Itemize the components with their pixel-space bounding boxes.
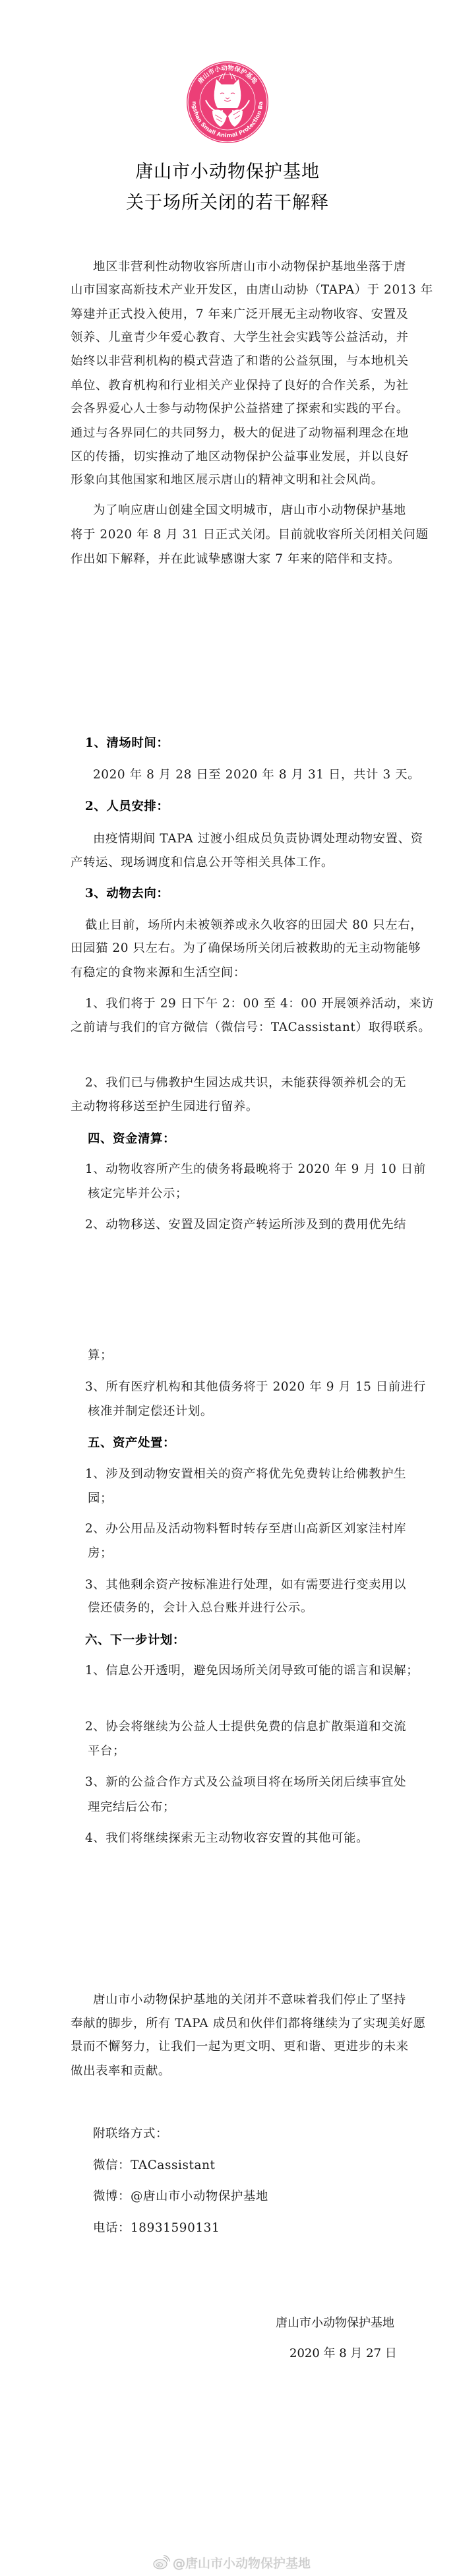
text-line: 2、办公用品及活动物料暂时转存至唐山高新区刘家洼村库 — [85, 1522, 406, 1536]
text-line: 单位、教育机构和行业相关产业保持了良好的合作关系，为社 — [71, 379, 409, 393]
text-line: 4、我们将继续探索无主动物收容安置的其他可能。 — [85, 1831, 369, 1846]
contact-weibo: 微博：@唐山市小动物保护基地 — [93, 2189, 268, 2204]
text-line: 有稳定的食物来源和生活空间： — [71, 966, 246, 980]
organization-logo: 唐山市小动物保护基地 Tangshan Small Animal Protect… — [186, 61, 269, 144]
text-line: 理完结后公布； — [88, 1800, 175, 1815]
text-line: 3、其他剩余资产按标准进行处理，如有需要进行变卖用以 — [85, 1578, 406, 1592]
text-line: 房； — [88, 1546, 113, 1561]
contact-wechat: 微信：TACassistant — [93, 2158, 216, 2173]
text-line: 1、信息公开透明，避免因场所关闭导致可能的谣言和误解； — [85, 1664, 419, 1678]
text-line: 3、新的公益合作方式及公益项目将在场所关闭后续事宜处 — [85, 1775, 406, 1790]
text-line: 将于 2020 年 8 月 31 日正式关闭。目前就收容所关闭相关问题 — [71, 528, 429, 542]
text-line: 通过与各界同仁的共同努力，极大的促进了动物福利理念在地 — [71, 426, 409, 441]
signature-org: 唐山市小动物保护基地 — [276, 2316, 394, 2331]
text-line: 为了响应唐山创建全国文明城市，唐山市小动物保护基地 — [93, 503, 406, 518]
section-heading: 五、资产处置： — [88, 1436, 175, 1451]
text-line: 1、我们将于 29 日下午 2：00 至 4：00 开展领养活动，来访 — [85, 997, 434, 1011]
text-line: 3、所有医疗机构和其他债务将于 2020 年 9 月 15 日前进行 — [85, 1380, 426, 1395]
text-line: 截止目前，场所内未被领养或永久收容的田园犬 80 只左右， — [85, 918, 423, 933]
text-line: 平台； — [88, 1744, 125, 1759]
text-line: 主动物将移送至护生园进行留养。 — [71, 1100, 258, 1114]
text-line: 2、动物移送、安置及固定资产转运所涉及到的费用优先结 — [85, 1218, 406, 1232]
watermark-text: @唐山市小动物保护基地 — [173, 2554, 311, 2571]
section-heading: 3、动物去向： — [85, 887, 169, 901]
text-line: 区的传播，切实推动了地区动物保护公益事业发展，并以良好 — [71, 450, 409, 464]
text-line: 山市国家高新技术产业开发区，由唐山动协（TAPA）于 2013 年 — [71, 283, 433, 298]
section-heading: 四、资金清算： — [88, 1132, 175, 1147]
document-title-line2: 关于场所关闭的若干解释 — [0, 192, 455, 213]
text-line: 2、协会将继续为公益人士提供免费的信息扩散渠道和交流 — [85, 1720, 406, 1734]
text-line: 唐山市小动物保护基地的关闭并不意味着我们停止了坚持 — [93, 1993, 406, 2007]
text-line: 作出如下解释，并在此诚挚感谢大家 7 年来的陪伴和支持。 — [71, 552, 400, 567]
text-line: 筹建并正式投入使用，7 年来广泛开展无主动物收容、安置及 — [71, 307, 409, 322]
text-line: 田园猫 20 只左右。为了确保场所关闭后被救助的无主动物能够 — [71, 941, 421, 956]
text-line: 核定完毕并公示； — [88, 1187, 188, 1201]
text-line: 做出表率和贡献。 — [71, 2064, 171, 2079]
text-line: 始终以非营利机构的模式营造了和谐的公益氛围，与本地机关 — [71, 354, 409, 369]
text-line: 偿还债务的，会计入总台账并进行公示。 — [88, 1601, 313, 1616]
section-heading: 2、人员安排： — [85, 800, 169, 814]
text-line: 1、动物收容所产生的债务将最晚将于 2020 年 9 月 10 日前 — [85, 1162, 426, 1177]
contact-heading: 附联络方式： — [93, 2127, 168, 2141]
document-title-line1: 唐山市小动物保护基地 — [0, 161, 455, 182]
text-line: 奉献的脚步，所有 TAPA 成员和伙伴们都将继续为了实现美好愿 — [71, 2017, 426, 2031]
text-line: 会各界爱心人士参与动物保护公益搭建了探索和实践的平台。 — [71, 402, 409, 416]
text-line: 形象向其他国家和地区展示唐山的精神文明和社会风尚。 — [71, 473, 384, 487]
signature-date: 2020 年 8 月 27 日 — [289, 2346, 397, 2361]
text-line: 2020 年 8 月 28 日至 2020 年 8 月 31 日，共计 3 天。 — [93, 768, 420, 782]
weibo-icon — [153, 2555, 170, 2569]
contact-phone: 电话：18931590131 — [93, 2221, 220, 2236]
text-line: 景而不懈努力，让我们一起为更文明、更和谐、更进步的未来 — [71, 2040, 409, 2054]
weibo-watermark: @唐山市小动物保护基地 — [153, 2554, 311, 2570]
section-heading: 1、清场时间： — [85, 736, 169, 751]
text-line: 园； — [88, 1492, 113, 1506]
text-line: 地区非营利性动物收容所唐山市小动物保护基地坐落于唐 — [93, 260, 406, 274]
text-line: 领养、儿童青少年爱心教育、大学生社会实践等公益活动，并 — [71, 330, 409, 345]
section-heading: 六、下一步计划： — [85, 1633, 185, 1648]
cat-hands-seal-logo-icon: 唐山市小动物保护基地 Tangshan Small Animal Protect… — [186, 61, 269, 144]
text-line: 之前请与我们的官方微信（微信号：TACassistant）取得联系。 — [71, 1021, 431, 1035]
text-line: 核准并制定偿还计划。 — [88, 1404, 213, 1419]
text-line: 产转运、现场调度和信息公开等相关具体工作。 — [71, 856, 334, 870]
text-line: 1、涉及到动物安置相关的资产将优先免费转让给佛教护生 — [85, 1467, 406, 1482]
text-line: 算； — [88, 1348, 113, 1363]
text-line: 由疫情期间 TAPA 过渡小组成员负责协调处理动物安置、资 — [93, 832, 423, 846]
text-line: 2、我们已与佛教护生园达成共识，未能获得领养机会的无 — [85, 1076, 406, 1090]
